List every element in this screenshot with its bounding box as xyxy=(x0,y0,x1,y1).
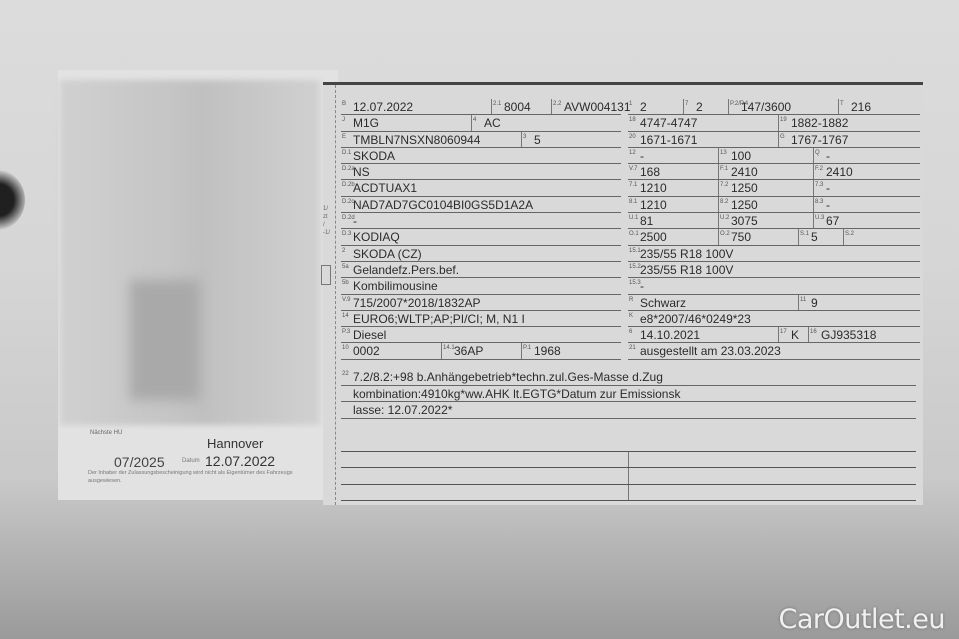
field-value: Kombilimousine xyxy=(353,279,438,293)
field-4: 4AC xyxy=(471,115,622,130)
field-p-3: P.3Diesel xyxy=(341,327,621,342)
empty-row xyxy=(341,452,916,469)
field-u-3: U.367 xyxy=(813,213,921,228)
field-label: 8.2 xyxy=(720,194,728,210)
form-row: 5aGelandefz.Pers.bef. xyxy=(341,262,621,278)
field-label: B xyxy=(342,96,346,112)
form-row: 201671-1671G1767-1767 xyxy=(628,132,920,148)
remarks-section: 227.2/8.2:+98 b.Anhängebetrieb*techn.zul… xyxy=(341,369,916,419)
empty-row xyxy=(341,435,916,452)
field-value: Gelandefz.Pers.bef. xyxy=(353,263,459,277)
registration-stamp: Nächste HU Hannover 07/2025 Datum 12.07.… xyxy=(72,428,327,498)
field-b: B12.07.2022 xyxy=(341,99,491,114)
field-value: 81 xyxy=(640,214,653,228)
field-value: 1882-1882 xyxy=(791,116,848,130)
left-column: B12.07.20222.180042.2AVW004131JM1G4ACETM… xyxy=(341,99,621,360)
field-label: P.1 xyxy=(523,340,531,356)
field-label: 2.1 xyxy=(493,96,501,112)
field-value: - xyxy=(640,149,644,163)
field-label: 5a xyxy=(342,259,349,275)
field-label: D.2c xyxy=(342,194,354,210)
field-value: 168 xyxy=(640,165,660,179)
date-label: Datum xyxy=(182,458,200,464)
form-row: U.181U.23075U.367 xyxy=(628,213,920,229)
field-value: 12.07.2022 xyxy=(353,100,413,114)
field-label: U.1 xyxy=(629,210,638,226)
field-label: 15.2 xyxy=(629,259,641,275)
form-row: B12.07.20222.180042.2AVW004131 xyxy=(341,99,621,115)
field-value: SKODA xyxy=(353,149,395,163)
field-value: 235/55 R18 100V xyxy=(640,263,733,277)
field-value: 1250 xyxy=(731,198,758,212)
empty-rows xyxy=(341,435,916,501)
field-label: 10 xyxy=(342,340,349,356)
gutter-marks: 1/zt/-1/ xyxy=(323,205,330,237)
field-value: SKODA (CZ) xyxy=(353,247,422,261)
field-label: 7.3 xyxy=(815,177,823,193)
field-label: V.7 xyxy=(629,161,637,177)
field-label: 18 xyxy=(629,112,636,128)
field-8-1: 8.11210 xyxy=(628,197,718,212)
field-value: 1210 xyxy=(640,181,667,195)
field-label: 3 xyxy=(523,129,526,145)
field-value: - xyxy=(826,181,830,195)
field-label: D.2d xyxy=(342,210,355,226)
field-label: D.2a xyxy=(342,161,355,177)
field-label: 1 xyxy=(629,96,632,112)
field-7-1: 7.11210 xyxy=(628,180,718,195)
field-value: - xyxy=(826,198,830,212)
field-value: 2 xyxy=(696,100,703,114)
field-p-1: P.11968 xyxy=(521,343,622,358)
form-row: Ke8*2007/46*0249*23 xyxy=(628,311,920,327)
field-10: 100002 xyxy=(341,343,441,358)
field-label: D.2b xyxy=(342,177,355,193)
field-15-2: 15.2235/55 R18 100V xyxy=(628,262,920,277)
field-14-1: 14.136AP xyxy=(441,343,522,358)
field-label: O.2 xyxy=(720,226,730,242)
field-5a: 5aGelandefz.Pers.bef. xyxy=(341,262,621,277)
form-row: 614.10.202117K16GJ935318 xyxy=(628,327,920,343)
field-8-2: 8.21250 xyxy=(718,197,814,212)
field-6: 614.10.2021 xyxy=(628,327,778,342)
form-row: JM1G4AC xyxy=(341,115,621,131)
field-label: 5b xyxy=(342,275,349,291)
field-13: 13100 xyxy=(718,148,814,163)
form-row: D.2aNS xyxy=(341,164,621,180)
field-20: 201671-1671 xyxy=(628,132,778,147)
field-label: D.1 xyxy=(342,145,351,161)
field-f-2: F.22410 xyxy=(813,164,921,179)
field-value: EURO6;WLTP;AP;PI/CI; M, N1 I xyxy=(353,312,525,326)
field-r: RSchwarz xyxy=(628,295,798,310)
form-row: 15.2235/55 R18 100V xyxy=(628,262,920,278)
inspection-date: 07/2025 xyxy=(114,454,165,470)
gutter-box xyxy=(321,265,331,285)
field-5b: 5bKombilimousine xyxy=(341,278,621,293)
form-row: 21ausgestellt am 23.03.2023 xyxy=(628,343,920,359)
field-17: 17K xyxy=(778,327,809,342)
form-row: 7.112107.212507.3- xyxy=(628,180,920,196)
field-7-2: 7.21250 xyxy=(718,180,814,195)
field-label: 13 xyxy=(720,145,727,161)
field-label: 20 xyxy=(629,129,636,145)
stamp-date: 12.07.2022 xyxy=(205,453,275,469)
field-label: P.2/P.4 xyxy=(730,96,748,112)
field-d-2a: D.2aNS xyxy=(341,164,621,179)
form-row: D.3KODIAQ xyxy=(341,229,621,245)
field-o-1: O.12500 xyxy=(628,229,718,244)
form-row: 10000214.136APP.11968 xyxy=(341,343,621,359)
watermark-logo: CarOutlet.eu xyxy=(779,604,945,635)
field-18: 184747-4747 xyxy=(628,115,778,130)
field-s-1: S.15 xyxy=(798,229,844,244)
field-value: 9 xyxy=(811,296,818,310)
field-16: 16GJ935318 xyxy=(808,327,921,342)
field-q: Q- xyxy=(813,148,921,163)
finger-shadow xyxy=(0,170,25,230)
field-value: GJ935318 xyxy=(821,328,876,342)
field-label: 21 xyxy=(629,340,636,356)
field-8-3: 8.3- xyxy=(813,197,921,212)
field-o-2: O.2750 xyxy=(718,229,799,244)
field-label: E xyxy=(342,129,346,145)
field-label: G xyxy=(780,129,785,145)
field-value: 100 xyxy=(731,149,751,163)
valid-label: Nächste HU xyxy=(90,430,122,436)
field-label: 7 xyxy=(685,96,688,112)
field-value: AVW004131 xyxy=(564,100,631,114)
stamp-city: Hannover xyxy=(207,436,263,451)
field-label: R xyxy=(629,292,633,308)
field-label: 2.2 xyxy=(553,96,561,112)
field-d-3: D.3KODIAQ xyxy=(341,229,621,244)
field-label: 6 xyxy=(629,324,632,340)
field-value: - xyxy=(826,149,830,163)
field-label: K xyxy=(629,308,633,324)
form-row: 8.112108.212508.3- xyxy=(628,197,920,213)
field-11: 119 xyxy=(798,295,921,310)
field-value: 2410 xyxy=(731,165,758,179)
field-label: 8.3 xyxy=(815,194,823,210)
field-label: P.3 xyxy=(342,324,350,340)
field-7: 72 xyxy=(683,99,729,114)
field-s-2: S.2 xyxy=(843,229,921,244)
field-value: AC xyxy=(484,116,501,130)
field-value: Schwarz xyxy=(640,296,686,310)
remarks-line: lasse: 12.07.2022* xyxy=(341,402,916,419)
field-label: 15.1 xyxy=(629,243,641,259)
field-j: JM1G xyxy=(341,115,471,130)
field-label: 12 xyxy=(629,145,636,161)
field-value: 36AP xyxy=(454,344,483,358)
field-value: 5 xyxy=(534,133,541,147)
field-value: 0002 xyxy=(353,344,380,358)
field-label: 17 xyxy=(780,324,787,340)
field-value: 8004 xyxy=(504,100,531,114)
field-label: T xyxy=(840,96,844,112)
field-value: 1968 xyxy=(534,344,561,358)
field-e: ETMBLN7NSXN8060944 xyxy=(341,132,521,147)
field-label: 14 xyxy=(342,308,349,324)
field-value: 67 xyxy=(826,214,839,228)
field-19: 191882-1882 xyxy=(778,115,921,130)
field-value: 2 xyxy=(640,100,647,114)
field-value: ACDTUAX1 xyxy=(353,181,417,195)
field-21: 21ausgestellt am 23.03.2023 xyxy=(628,343,920,358)
field-label: F.2 xyxy=(815,161,823,177)
form-row: 5bKombilimousine xyxy=(341,278,621,294)
field-label: O.1 xyxy=(629,226,639,242)
empty-row xyxy=(341,485,916,502)
field-value: 2410 xyxy=(826,165,853,179)
form-row: 14EURO6;WLTP;AP;PI/CI; M, N1 I xyxy=(341,311,621,327)
field-d-2b: D.2bACDTUAX1 xyxy=(341,180,621,195)
field-v-7: V.7168 xyxy=(628,164,718,179)
remarks-line: 227.2/8.2:+98 b.Anhängebetrieb*techn.zul… xyxy=(341,369,916,386)
stamp-note: Der Inhaber der Zulassungsbescheinigung … xyxy=(88,469,318,485)
field-label: 14.1 xyxy=(443,340,455,356)
field-value: 1671-1671 xyxy=(640,133,697,147)
field-u-1: U.181 xyxy=(628,213,718,228)
field-15-3: 15.3- xyxy=(628,278,920,293)
form-row: 15.3- xyxy=(628,278,920,294)
field-f-1: F.12410 xyxy=(718,164,814,179)
field-label: S.1 xyxy=(800,226,809,242)
right-column: 1272P.2/P.4147/3600T216184747-4747191882… xyxy=(628,99,920,360)
registration-form: 1/zt/-1/ B12.07.20222.180042.2AVW004131J… xyxy=(323,82,923,505)
form-row: RSchwarz119 xyxy=(628,295,920,311)
field-label: 16 xyxy=(810,324,817,340)
field-value: 4747-4747 xyxy=(640,116,697,130)
field-value: ausgestellt am 23.03.2023 xyxy=(640,344,781,358)
field-label: 7.2 xyxy=(720,177,728,193)
field-v-9: V.9715/2007*2018/1832AP xyxy=(341,295,621,310)
form-row: V.7168F.12410F.22410 xyxy=(628,164,920,180)
field-value: 750 xyxy=(731,230,751,244)
field-d-2c: D.2cNAD7AD7GC0104BI0GS5D1A2A xyxy=(341,197,621,212)
field-value: KODIAQ xyxy=(353,230,400,244)
field-value: 14.10.2021 xyxy=(640,328,700,342)
field-label: S.2 xyxy=(845,226,854,242)
field-label: U.2 xyxy=(720,210,729,226)
field-value: K xyxy=(791,328,799,342)
form-row: ETMBLN7NSXN806094435 xyxy=(341,132,621,148)
form-row: O.12500O.2750S.15S.2 xyxy=(628,229,920,245)
form-gutter: 1/zt/-1/ xyxy=(323,85,336,505)
form-row: 184747-4747191882-1882 xyxy=(628,115,920,131)
field-value: e8*2007/46*0249*23 xyxy=(640,312,751,326)
field-7-3: 7.3- xyxy=(813,180,921,195)
field-value: Diesel xyxy=(353,328,386,342)
field-label: U.3 xyxy=(815,210,824,226)
field-label: 11 xyxy=(800,292,806,308)
field-3: 35 xyxy=(521,132,622,147)
field-label: V.9 xyxy=(342,292,350,308)
field-value: 1767-1767 xyxy=(791,133,848,147)
form-row: 1272P.2/P.4147/3600T216 xyxy=(628,99,920,115)
form-row: D.2cNAD7AD7GC0104BI0GS5D1A2A xyxy=(341,197,621,213)
form-row: D.2d- xyxy=(341,213,621,229)
field-k: Ke8*2007/46*0249*23 xyxy=(628,311,920,326)
field-value: NS xyxy=(353,165,370,179)
field-15-1: 15.1235/55 R18 100V xyxy=(628,246,920,261)
remarks-line: kombination:4910kg*ww.AHK lt.EGTG*Datum … xyxy=(341,386,916,403)
field-value: 5 xyxy=(811,230,818,244)
field-label: 19 xyxy=(780,112,787,128)
field-label: D.3 xyxy=(342,226,351,242)
field-label: Q xyxy=(815,145,820,161)
field-value: 2500 xyxy=(640,230,667,244)
blurred-region-patch xyxy=(130,280,200,400)
field-value: 715/2007*2018/1832AP xyxy=(353,296,480,310)
field-g: G1767-1767 xyxy=(778,132,921,147)
field-value: 1210 xyxy=(640,198,667,212)
form-row: D.1SKODA xyxy=(341,148,621,164)
field-value: 235/55 R18 100V xyxy=(640,247,733,261)
form-row: 12-13100Q- xyxy=(628,148,920,164)
empty-row xyxy=(341,468,916,485)
field-label: 8.1 xyxy=(629,194,637,210)
field-label: 7.1 xyxy=(629,177,637,193)
field-d-1: D.1SKODA xyxy=(341,148,621,163)
field-t: T216 xyxy=(838,99,921,114)
field-2: 2SKODA (CZ) xyxy=(341,246,621,261)
field-value: NAD7AD7GC0104BI0GS5D1A2A xyxy=(353,198,533,212)
field-label: 2 xyxy=(342,243,345,259)
field-1: 12 xyxy=(628,99,683,114)
form-row: 15.1235/55 R18 100V xyxy=(628,246,920,262)
field-label: 4 xyxy=(473,112,476,128)
field-12: 12- xyxy=(628,148,718,163)
field-label: J xyxy=(342,112,345,128)
field-value: 216 xyxy=(851,100,871,114)
field-d-2d: D.2d- xyxy=(341,213,621,228)
form-row: 2SKODA (CZ) xyxy=(341,246,621,262)
form-row: P.3Diesel xyxy=(341,327,621,343)
form-row: V.9715/2007*2018/1832AP xyxy=(341,295,621,311)
field-value: 3075 xyxy=(731,214,758,228)
field-value: M1G xyxy=(353,116,379,130)
field-label: F.1 xyxy=(720,161,728,177)
field-2-1: 2.18004 xyxy=(491,99,552,114)
field-value: 1250 xyxy=(731,181,758,195)
field-14: 14EURO6;WLTP;AP;PI/CI; M, N1 I xyxy=(341,311,621,326)
field-label: 15.3 xyxy=(629,275,641,291)
field-value: TMBLN7NSXN8060944 xyxy=(353,133,480,147)
form-row: D.2bACDTUAX1 xyxy=(341,180,621,196)
field-2-2: 2.2AVW004131 xyxy=(551,99,622,114)
